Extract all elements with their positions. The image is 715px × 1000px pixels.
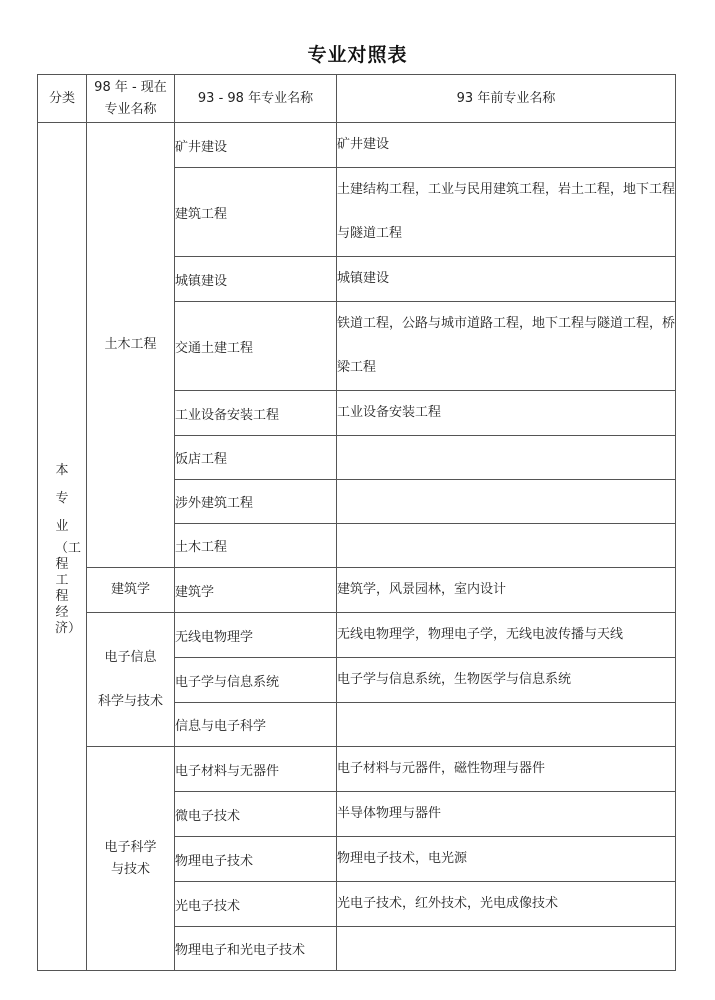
header-pre-93-major: 93 年前专业名称 bbox=[337, 75, 676, 123]
table-row: 电子科学 与技术 电子材料与无器件 电子材料与元器件，磁性物理与器件 bbox=[38, 747, 676, 792]
group-cell-architecture: 建筑学 bbox=[87, 568, 175, 613]
major-comparison-table: 分类 98 年 - 现在 专业名称 93 - 98 年专业名称 93 年前专业名… bbox=[37, 74, 676, 971]
mid-major: 信息与电子科学 bbox=[175, 703, 337, 747]
mid-major: 无线电物理学 bbox=[175, 613, 337, 658]
mid-major: 物理电子和光电子技术 bbox=[175, 927, 337, 971]
mid-major: 微电子技术 bbox=[175, 792, 337, 837]
mid-major: 工业设备安装工程 bbox=[175, 391, 337, 436]
table-row: 电子信息 科学与技术 无线电物理学 无线电物理学，物理电子学，无线电波传播与天线 bbox=[38, 613, 676, 658]
mid-major: 涉外建筑工程 bbox=[175, 480, 337, 524]
group-name-line2: 科学与技术 bbox=[87, 680, 174, 724]
old-major: 电子学与信息系统，生物医学与信息系统 bbox=[337, 658, 676, 703]
mid-major: 交通土建工程 bbox=[175, 302, 337, 391]
header-category: 分类 bbox=[38, 75, 87, 123]
header-current-major-line2: 专业名称 bbox=[87, 99, 174, 121]
old-major bbox=[337, 436, 676, 480]
category-cell: 本专业 （工程 工程经济） bbox=[38, 123, 87, 971]
group-cell-civil: 土木工程 bbox=[87, 123, 175, 568]
old-major bbox=[337, 927, 676, 971]
old-major bbox=[337, 480, 676, 524]
mid-major: 城镇建设 bbox=[175, 257, 337, 302]
old-major bbox=[337, 703, 676, 747]
old-major: 光电子技术，红外技术，光电成像技术 bbox=[337, 882, 676, 927]
group-name-line1: 电子信息 bbox=[87, 636, 174, 680]
group-name-line1: 电子科学 bbox=[87, 837, 174, 859]
mid-major: 电子学与信息系统 bbox=[175, 658, 337, 703]
category-label: 本专业 （工程 工程经济） bbox=[55, 457, 69, 637]
mid-major: 土木工程 bbox=[175, 524, 337, 568]
old-major bbox=[337, 524, 676, 568]
group-name-line2: 与技术 bbox=[87, 859, 174, 881]
header-93-98-major: 93 - 98 年专业名称 bbox=[175, 75, 337, 123]
category-label-loose: 本专业 bbox=[55, 463, 68, 534]
old-major: 无线电物理学，物理电子学，无线电波传播与天线 bbox=[337, 613, 676, 658]
old-major: 矿井建设 bbox=[337, 123, 676, 168]
group-cell-electronic-science: 电子科学 与技术 bbox=[87, 747, 175, 971]
header-current-major-line1: 98 年 - 现在 bbox=[87, 77, 174, 99]
old-major: 物理电子技术，电光源 bbox=[337, 837, 676, 882]
group-cell-electronic-info: 电子信息 科学与技术 bbox=[87, 613, 175, 747]
mid-major: 建筑学 bbox=[175, 568, 337, 613]
table-row: 本专业 （工程 工程经济） 土木工程 矿井建设 矿井建设 bbox=[38, 123, 676, 168]
mid-major: 建筑工程 bbox=[175, 168, 337, 257]
table-header-row: 分类 98 年 - 现在 专业名称 93 - 98 年专业名称 93 年前专业名… bbox=[38, 75, 676, 123]
mid-major: 电子材料与无器件 bbox=[175, 747, 337, 792]
mid-major: 光电子技术 bbox=[175, 882, 337, 927]
page-title: 专业对照表 bbox=[0, 40, 715, 67]
header-current-major: 98 年 - 现在 专业名称 bbox=[87, 75, 175, 123]
mid-major: 物理电子技术 bbox=[175, 837, 337, 882]
old-major: 工业设备安装工程 bbox=[337, 391, 676, 436]
category-label-tight: （工程 工程经济） bbox=[55, 541, 69, 637]
table-row: 建筑学 建筑学 建筑学，风景园林，室内设计 bbox=[38, 568, 676, 613]
mid-major: 矿井建设 bbox=[175, 123, 337, 168]
old-major: 土建结构工程，工业与民用建筑工程，岩土工程，地下工程与隧道工程 bbox=[337, 168, 676, 257]
old-major: 半导体物理与器件 bbox=[337, 792, 676, 837]
old-major: 城镇建设 bbox=[337, 257, 676, 302]
old-major: 铁道工程，公路与城市道路工程，地下工程与隧道工程，桥梁工程 bbox=[337, 302, 676, 391]
mid-major: 饭店工程 bbox=[175, 436, 337, 480]
old-major: 电子材料与元器件，磁性物理与器件 bbox=[337, 747, 676, 792]
old-major: 建筑学，风景园林，室内设计 bbox=[337, 568, 676, 613]
